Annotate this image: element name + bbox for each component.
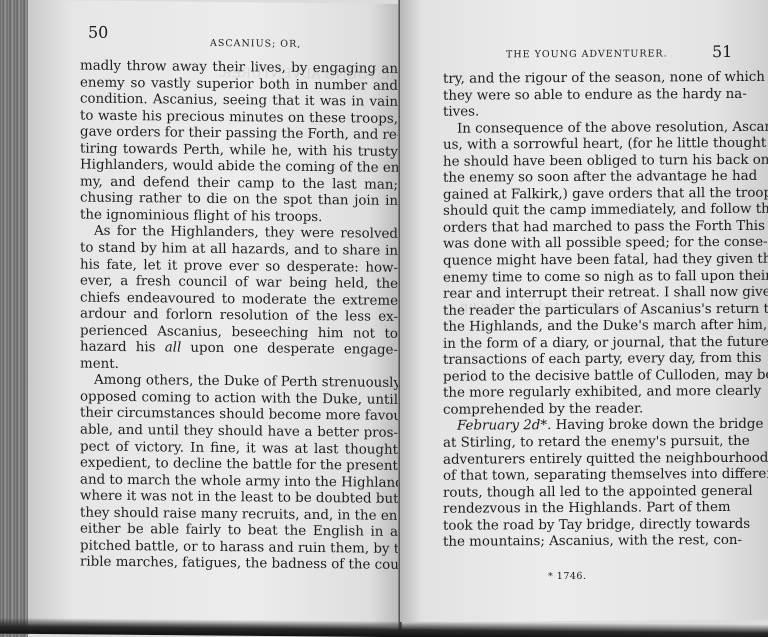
text-line: rendezvous in the Highlands. Part of the… — [443, 500, 729, 518]
paragraph-start: In consequence of the above resolution, … — [443, 120, 729, 138]
text-line: should quit the camp immediately, and fo… — [443, 202, 729, 220]
page-number-left: 50 — [88, 23, 108, 42]
page-number-right: 51 — [712, 42, 732, 61]
book-page-edges — [0, 0, 28, 637]
text-line: tives. — [443, 103, 729, 121]
running-head-right: THE YOUNG ADVENTURER. — [506, 48, 668, 60]
text-line: they were so able to endure as the hardy… — [443, 87, 729, 105]
text-line: in the form of a diary, or journal, that… — [443, 335, 729, 353]
text-segment: Having broke down the bridge — [551, 417, 763, 433]
text-line: gained at Falkirk,) gave orders that all… — [443, 186, 729, 204]
text-line: routs, though all led to the appointed g… — [443, 484, 729, 502]
diary-date: February 2d*. — [457, 419, 551, 435]
right-page: as appointed to bring up THE YOUNG ADVEN… — [400, 0, 768, 622]
text-line: he should have been obliged to turn his … — [443, 153, 729, 171]
diary-entry-start: February 2d*. Having broke down the brid… — [443, 417, 729, 435]
text-line: period to the decisive battle of Cullode… — [443, 368, 729, 386]
text-line: quence might have been fatal, had they g… — [443, 252, 729, 270]
text-line: the more regularly exhibited, and more c… — [443, 384, 729, 402]
text-line: took the road by Tay bridge, directly to… — [443, 517, 729, 535]
text-line: transactions of each party, every day, f… — [443, 351, 729, 369]
text-line: the mountains; Ascanius, with the rest, … — [443, 533, 729, 551]
text-line: orders that had marched to pass the Fort… — [443, 219, 729, 237]
text-line: adventurers entirely quitted the neighbo… — [443, 451, 729, 469]
text-line: of that town, separating themselves into… — [443, 467, 729, 485]
left-page: THE YOUNG ADVENTURER. 50 ASCANIUS; OR, m… — [28, 0, 400, 626]
text-line: try, and the rigour of the season, none … — [443, 70, 729, 88]
left-page-body: madly throw away their lives, by engagin… — [80, 59, 398, 575]
book-bottom-edge-shadow — [0, 618, 768, 637]
text-line: rear and interrupt their retreat. I shal… — [443, 285, 729, 303]
right-page-body: try, and the rigour of the season, none … — [443, 70, 729, 552]
text-segment: hazard his — [80, 340, 165, 356]
book-spread: THE YOUNG ADVENTURER. 50 ASCANIUS; OR, m… — [0, 0, 768, 637]
running-head-left: ASCANIUS; OR, — [210, 38, 301, 50]
text-line: the reader the particulars of Ascanius's… — [443, 302, 729, 320]
text-segment: upon one desperate engage- — [181, 341, 398, 358]
text-line: enemy time to come so nigh as to fall up… — [443, 269, 729, 287]
text-line: was done with all possible speed; for th… — [443, 235, 729, 253]
text-line: at Stirling, to retard the enemy's pursu… — [443, 434, 729, 452]
text-line: us, with a sorrowful heart, (for he litt… — [443, 136, 729, 154]
emphasis-word: all — [165, 341, 182, 356]
text-line: comprehended by the reader. — [443, 401, 729, 419]
text-line-with-italic: hazard his all upon one desperate engage… — [80, 340, 398, 360]
text-line: the enemy so soon after the advantage he… — [443, 169, 729, 187]
text-line: the Highlands, and the Duke's march afte… — [443, 318, 729, 336]
text-line: rible marches, fatigues, the badness of … — [80, 555, 398, 575]
footnote: * 1746. — [548, 571, 586, 582]
